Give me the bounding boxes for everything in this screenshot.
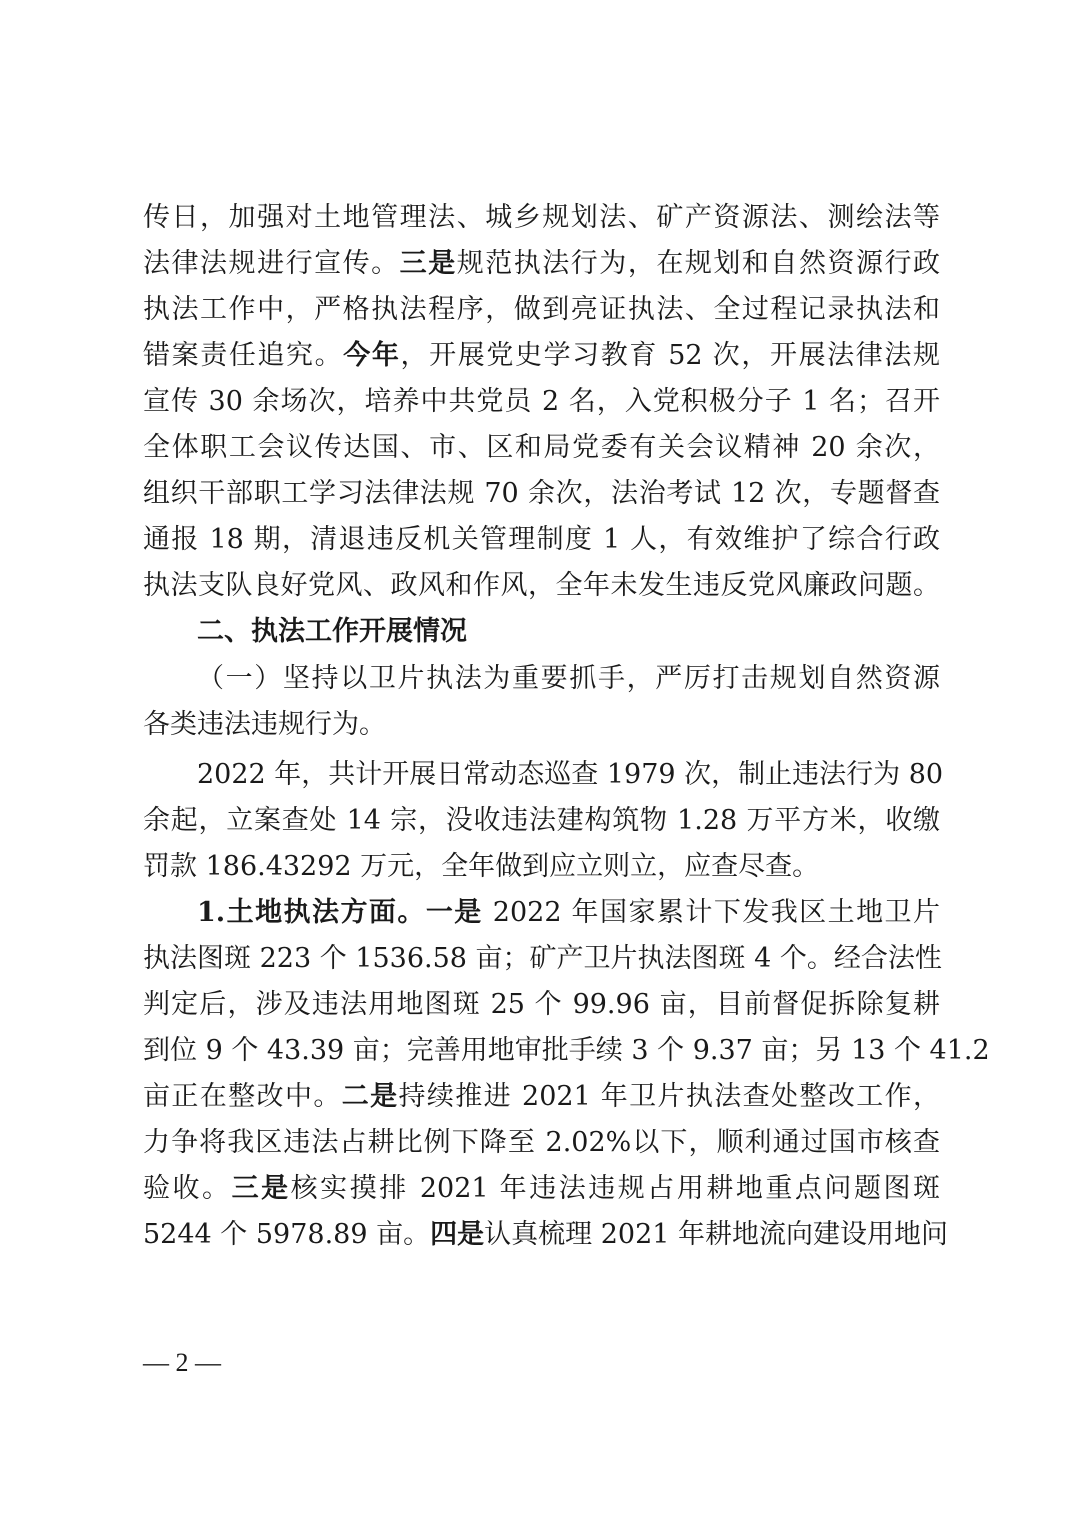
text-segment: 通报 18 期，清退违反机关管理制度 1 人，有效维护了综合行政 [143,524,940,555]
summary-line: 2022 年，共计开展日常动态巡查 1979 次，制止违法行为 80 [197,755,940,795]
body-line: 法律法规进行宣传。三是规范执法行为，在规划和自然资源行政 [143,244,940,284]
land-enforcement-line: 亩正在整改中。二是持续推进 2021 年卫片执法查处整改工作， [143,1077,940,1117]
text-segment: 传日，加强对土地管理法、城乡规划法、矿产资源法、测绘法等 [143,202,940,233]
body-line: 全体职工会议传达国、市、区和局党委有关会议精神 20 余次， [143,428,940,468]
text-segment: 亩正在整改中。 [143,1081,342,1112]
bold-lead: 三是 [232,1173,291,1204]
text-segment: 核实摸排 2021 年违法违规占用耕地重点问题图斑 [291,1173,940,1204]
text-segment: 5244 个 5978.89 亩。 [143,1219,430,1250]
text-segment: 错案责任追究。 [143,340,343,371]
subsection-heading-line1: （一）坚持以卫片执法为重要抓手，严厉打击规划自然资源 [197,659,940,699]
text-segment: 认真梳理 2021 年耕地流向建设用地问 [484,1219,948,1250]
text-segment: 组织干部职工学习法律法规 70 余次，法治考试 12 次，专题督查 [143,478,940,509]
page-number: — 2 — [143,1345,221,1381]
land-enforcement-line: 1.土地执法方面。一是 2022 年国家累计下发我区土地卫片 [197,893,940,933]
text-segment: 宣传 30 余场次，培养中共党员 2 名，入党积极分子 1 名；召开 [143,386,940,417]
land-enforcement-line: 到位 9 个 43.39 亩；完善用地审批手续 3 个 9.37 亩；另 13 … [143,1031,940,1071]
bold-lead: 二是 [342,1081,399,1112]
land-enforcement-line: 判定后，涉及违法用地图斑 25 个 99.96 亩，目前督促拆除复耕 [143,985,940,1025]
text-segment: 持续推进 2021 年卫片执法查处整改工作， [399,1081,941,1112]
subsection-heading-line2: 各类违法违规行为。 [143,705,940,745]
body-line: 组织干部职工学习法律法规 70 余次，法治考试 12 次，专题督查 [143,474,940,514]
land-enforcement-line: 验收。三是核实摸排 2021 年违法违规占用耕地重点问题图斑 [143,1169,940,1209]
text-segment: 2022 年国家累计下发我区土地卫片 [483,897,940,928]
summary-line: 余起，立案查处 14 宗，没收违法建构筑物 1.28 万平方米，收缴 [143,801,940,841]
text-segment: 执法工作中，严格执法程序，做到亮证执法、全过程记录执法和 [143,294,940,325]
body-line: 执法工作中，严格执法程序，做到亮证执法、全过程记录执法和 [143,290,940,330]
text-segment: 执法支队良好党风、政风和作风，全年未发生违反党风廉政问题。 [143,570,940,601]
document-page: 传日，加强对土地管理法、城乡规划法、矿产资源法、测绘法等 法律法规进行宣传。三是… [0,0,1074,1520]
section-heading: 二、执法工作开展情况 [197,612,940,652]
text-segment: 全体职工会议传达国、市、区和局党委有关会议精神 20 余次， [143,432,940,463]
land-enforcement-title: 1.土地执法方面。 [197,897,426,928]
body-line: 传日，加强对土地管理法、城乡规划法、矿产资源法、测绘法等 [143,198,940,238]
body-line: 错案责任追究。今年，开展党史学习教育 52 次，开展法律法规 [143,336,940,376]
body-line: 宣传 30 余场次，培养中共党员 2 名，入党积极分子 1 名；召开 [143,382,940,422]
land-enforcement-line: 执法图斑 223 个 1536.58 亩；矿产卫片执法图斑 4 个。经合法性 [143,939,940,979]
text-segment: 规范执法行为，在规划和自然资源行政 [457,248,940,279]
text-segment: ，开展党史学习教育 52 次，开展法律法规 [401,340,941,371]
bold-lead: 三是 [400,248,457,279]
text-segment: 验收。 [143,1173,232,1204]
land-enforcement-line: 5244 个 5978.89 亩。四是认真梳理 2021 年耕地流向建设用地问 [143,1215,940,1255]
summary-line: 罚款 186.43292 万元，全年做到应立则立，应查尽查。 [143,847,940,887]
body-line: 执法支队良好党风、政风和作风，全年未发生违反党风廉政问题。 [143,566,940,606]
bold-lead: 今年 [343,340,400,371]
bold-lead: 一是 [426,897,483,928]
bold-lead: 四是 [430,1219,484,1250]
land-enforcement-line: 力争将我区违法占耕比例下降至 2.02%以下，顺利通过国市核查 [143,1123,940,1163]
text-segment: 法律法规进行宣传。 [143,248,400,279]
body-line: 通报 18 期，清退违反机关管理制度 1 人，有效维护了综合行政 [143,520,940,560]
